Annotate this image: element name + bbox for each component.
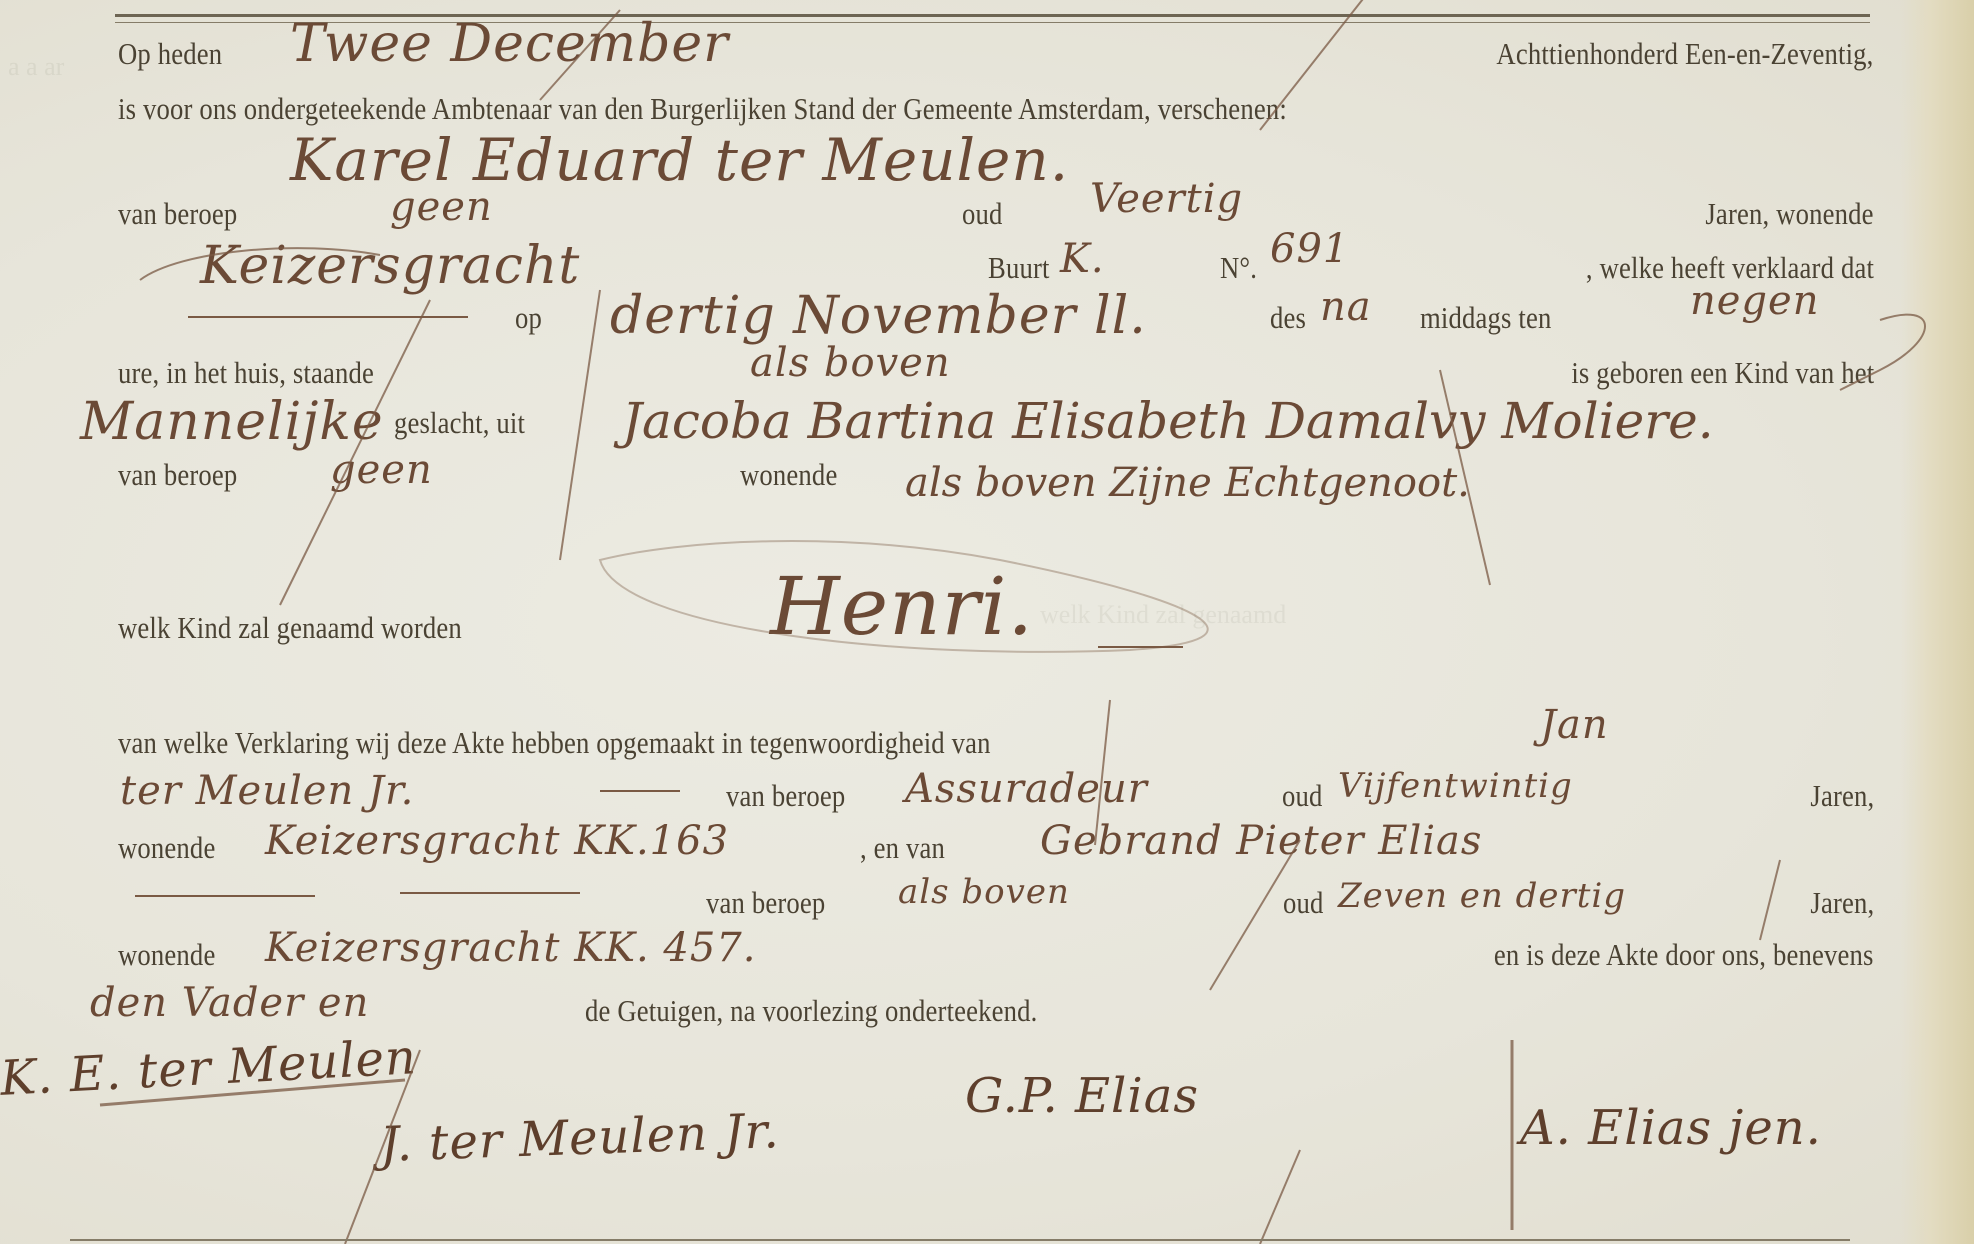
flourish-stroke [280,300,430,605]
pen-flourishes [0,0,1974,1244]
flourish-stroke [140,248,380,280]
document-page: a a ar welk Kind zal genaamd Op heden Tw… [0,0,1974,1244]
bottom-rule [70,1239,1850,1241]
